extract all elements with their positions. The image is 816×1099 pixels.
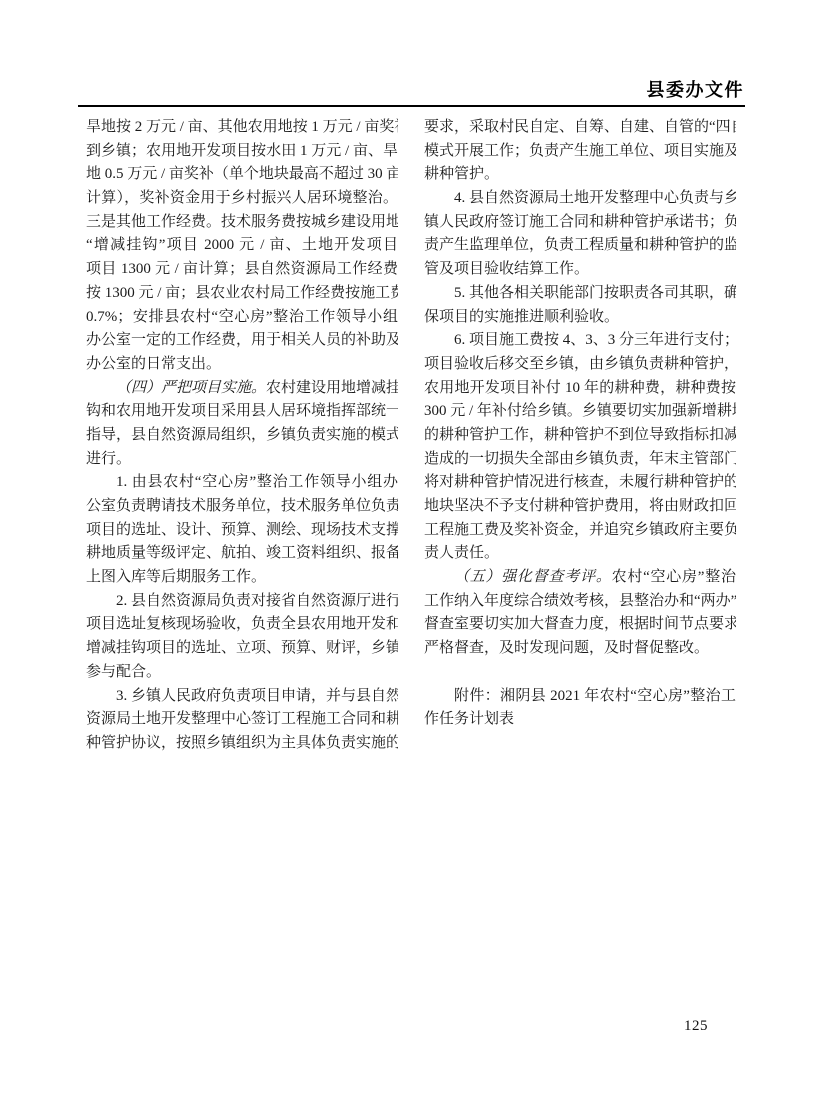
text-line: 办公室一定的工作经费，用于相关人员的补助及 (86, 329, 398, 353)
text-line: 责人责任。 (424, 542, 736, 566)
body-text: 6. 项目施工费按 4、3、3 分三年进行支付； (454, 332, 736, 348)
paragraph: 5. 其他各相关职能部门按职责各司其职，确保项目的实施推进顺利验收。 (424, 282, 736, 329)
text-line: （四）严把项目实施。农村建设用地增减挂 (86, 377, 398, 401)
text-line: （五）强化督查考评。农村“空心房”整治 (424, 566, 736, 590)
paragraph: （四）严把项目实施。农村建设用地增减挂钩和农用地开发项目采用县人居环境指挥部统一… (86, 377, 398, 472)
text-line: “增减挂钩”项目 2000 元 / 亩、土地开发项目 (86, 234, 398, 258)
body-text: 要求，采取村民自定、自筹、自建、自管的“四自” (424, 119, 736, 135)
paragraph: 4. 县自然资源局土地开发整理中心负责与乡镇人民政府签订施工合同和耕种管护承诺书… (424, 187, 736, 282)
text-line: 参与配合。 (86, 661, 398, 685)
text-line: 农用地开发项目补付 10 年的耕种费，耕种费按 (424, 377, 736, 401)
body-text: 地 0.5 万元 / 亩奖补（单个地块最高不超过 30 亩 (86, 166, 398, 182)
text-line: 的耕种管护工作，耕种管护不到位导致指标扣减 (424, 424, 736, 448)
text-line: 工程施工费及奖补资金，并追究乡镇政府主要负 (424, 519, 736, 543)
text-line: 地块坚决不予支付耕种管护费用，将由财政扣回 (424, 495, 736, 519)
text-line: 督查室要切实加大督查力度，根据时间节点要求 (424, 613, 736, 637)
body-text: 办公室的日常支出。 (86, 356, 221, 372)
text-line: 项目选址复核现场验收，负责全县农用地开发和 (86, 613, 398, 637)
text-line: 1. 由县农村“空心房”整治工作领导小组办 (86, 471, 398, 495)
paragraph: 2. 县自然资源局负责对接省自然资源厅进行项目选址复核现场验收，负责全县农用地开… (86, 590, 398, 685)
body-text: 0.7%；安排县农村“空心房”整治工作领导小组 (86, 309, 398, 325)
body-text: 模式开展工作；负责产生施工单位、项目实施及 (424, 143, 736, 159)
body-text: 镇人民政府签订施工合同和耕种管护承诺书；负 (424, 214, 736, 230)
text-line: 5. 其他各相关职能部门按职责各司其职，确 (424, 282, 736, 306)
body-text: 工程施工费及奖补资金，并追究乡镇政府主要负 (424, 522, 736, 538)
body-text: 2. 县自然资源局负责对接省自然资源厅进行 (116, 593, 398, 609)
body-text: 作任务计划表 (424, 711, 514, 727)
text-line: 耕地质量等级评定、航拍、竣工资料组织、报备 (86, 542, 398, 566)
text-line: 项目 1300 元 / 亩计算；县自然资源局工作经费 (86, 258, 398, 282)
body-text: 钩和农用地开发项目采用县人居环境指挥部统一 (86, 403, 398, 419)
paragraph: 要求，采取村民自定、自筹、自建、自管的“四自”模式开展工作；负责产生施工单位、项… (424, 116, 736, 187)
text-line: 三是其他工作经费。技术服务费按城乡建设用地 (86, 211, 398, 235)
body-text: 增减挂钩项目的选址、立项、预算、财评，乡镇 (86, 640, 398, 656)
body-text: 按 1300 元 / 亩；县农业农村局工作经费按施工费 (86, 285, 398, 301)
body-text: 工作纳入年度综合绩效考核，县整治办和“两办” (424, 593, 736, 609)
body-text: “增减挂钩”项目 2000 元 / 亩、土地开发项目 (86, 237, 398, 253)
body-text: 4. 县自然资源局土地开发整理中心负责与乡 (454, 190, 736, 206)
text-line: 公室负责聘请技术服务单位，技术服务单位负责 (86, 495, 398, 519)
body-text: 1. 由县农村“空心房”整治工作领导小组办 (116, 474, 398, 490)
body-text: 严格督查，及时发现问题，及时督促整改。 (424, 640, 709, 656)
emphasis-kai-text: （四）严把项目实施。 (116, 380, 266, 396)
text-line: 将对耕种管护情况进行核查，未履行耕种管护的 (424, 471, 736, 495)
body-text: 项目验收后移交至乡镇，由乡镇负责耕种管护， (424, 356, 736, 372)
text-line: 地 0.5 万元 / 亩奖补（单个地块最高不超过 30 亩 (86, 163, 398, 187)
body-text: 耕地质量等级评定、航拍、竣工资料组织、报备 (86, 545, 398, 561)
paragraph: 附件：湘阴县 2021 年农村“空心房”整治工作任务计划表 (424, 685, 736, 732)
text-line: 办公室的日常支出。 (86, 353, 398, 377)
text-line: 上图入库等后期服务工作。 (86, 566, 398, 590)
body-text: 项目 1300 元 / 亩计算；县自然资源局工作经费 (86, 261, 398, 277)
body-text: 项目选址复核现场验收，负责全县农用地开发和 (86, 616, 398, 632)
body-text: 公室负责聘请技术服务单位，技术服务单位负责 (86, 498, 398, 514)
text-line: 0.7%；安排县农村“空心房”整治工作领导小组 (86, 306, 398, 330)
body-text: 农村建设用地增减挂 (266, 380, 398, 396)
text-line: 计算），奖补资金用于乡村振兴人居环境整治。 (86, 187, 398, 211)
body-text: 上图入库等后期服务工作。 (86, 569, 266, 585)
body-text: 资源局土地开发整理中心签订工程施工合同和耕 (86, 711, 398, 727)
text-line: 工作纳入年度综合绩效考核，县整治办和“两办” (424, 590, 736, 614)
text-line: 种管护协议，按照乡镇组织为主具体负责实施的 (86, 732, 398, 756)
text-line: 要求，采取村民自定、自筹、自建、自管的“四自” (424, 116, 736, 140)
text-line: 责产生监理单位，负责工程质量和耕种管护的监 (424, 234, 736, 258)
text-line: 300 元 / 年补付给乡镇。乡镇要切实加强新增耕地 (424, 400, 736, 424)
body-text: 项目的选址、设计、预算、测绘、现场技术支撑、 (86, 522, 398, 538)
body-text: 到乡镇；农用地开发项目按水田 1 万元 / 亩、旱 (86, 143, 398, 159)
text-line: 作任务计划表 (424, 708, 736, 732)
paragraph: 旱地按 2 万元 / 亩、其他农用地按 1 万元 / 亩奖补到乡镇；农用地开发项… (86, 116, 398, 377)
body-text: 300 元 / 年补付给乡镇。乡镇要切实加强新增耕地 (424, 403, 736, 419)
body-text: 三是其他工作经费。技术服务费按城乡建设用地 (86, 214, 398, 230)
paragraph: 3. 乡镇人民政府负责项目申请，并与县自然资源局土地开发整理中心签订工程施工合同… (86, 685, 398, 756)
text-line: 钩和农用地开发项目采用县人居环境指挥部统一 (86, 400, 398, 424)
text-line: 按 1300 元 / 亩；县农业农村局工作经费按施工费 (86, 282, 398, 306)
text-line: 严格督查，及时发现问题，及时督促整改。 (424, 637, 736, 661)
body-text: 旱地按 2 万元 / 亩、其他农用地按 1 万元 / 亩奖补 (86, 119, 398, 135)
body-text: 指导，县自然资源局组织，乡镇负责实施的模式 (86, 427, 398, 443)
emphasis-kai-text: （五）强化督查考评。 (454, 569, 612, 585)
body-text: 耕种管护。 (424, 166, 499, 182)
body-text: 将对耕种管护情况进行核查，未履行耕种管护的 (424, 474, 736, 490)
body-text: 计算），奖补资金用于乡村振兴人居环境整治。 (86, 190, 398, 206)
text-line: 4. 县自然资源局土地开发整理中心负责与乡 (424, 187, 736, 211)
header-title: 县委办文件 (647, 76, 745, 102)
text-line: 保项目的实施推进顺利验收。 (424, 306, 736, 330)
body-text: 保项目的实施推进顺利验收。 (424, 309, 619, 325)
header-rule (78, 105, 745, 107)
body-text: 造成的一切损失全部由乡镇负责，年末主管部门 (424, 451, 736, 467)
text-column-right: 要求，采取村民自定、自筹、自建、自管的“四自”模式开展工作；负责产生施工单位、项… (424, 116, 736, 732)
document-page: 县委办文件 旱地按 2 万元 / 亩、其他农用地按 1 万元 / 亩奖补到乡镇；… (0, 0, 816, 1099)
text-line: 项目验收后移交至乡镇，由乡镇负责耕种管护， (424, 353, 736, 377)
body-text: 3. 乡镇人民政府负责项目申请，并与县自然 (116, 688, 398, 704)
body-text: 管及项目验收结算工作。 (424, 261, 589, 277)
text-line: 耕种管护。 (424, 163, 736, 187)
text-line: 资源局土地开发整理中心签订工程施工合同和耕 (86, 708, 398, 732)
body-text: 办公室一定的工作经费，用于相关人员的补助及 (86, 332, 398, 348)
text-line: 附件：湘阴县 2021 年农村“空心房”整治工 (424, 685, 736, 709)
text-line: 增减挂钩项目的选址、立项、预算、财评，乡镇 (86, 637, 398, 661)
text-line: 6. 项目施工费按 4、3、3 分三年进行支付； (424, 329, 736, 353)
body-text: 农用地开发项目补付 10 年的耕种费，耕种费按 (424, 380, 736, 396)
body-text: 责人责任。 (424, 545, 499, 561)
text-line: 到乡镇；农用地开发项目按水田 1 万元 / 亩、旱 (86, 140, 398, 164)
body-text: 督查室要切实加大督查力度，根据时间节点要求 (424, 616, 736, 632)
text-line: 模式开展工作；负责产生施工单位、项目实施及 (424, 140, 736, 164)
text-line: 进行。 (86, 448, 398, 472)
text-line: 2. 县自然资源局负责对接省自然资源厅进行 (86, 590, 398, 614)
body-text: 种管护协议，按照乡镇组织为主具体负责实施的 (86, 735, 398, 751)
body-text: 参与配合。 (86, 664, 161, 680)
paragraph: 1. 由县农村“空心房”整治工作领导小组办公室负责聘请技术服务单位，技术服务单位… (86, 471, 398, 589)
text-line: 旱地按 2 万元 / 亩、其他农用地按 1 万元 / 亩奖补 (86, 116, 398, 140)
body-text: 5. 其他各相关职能部门按职责各司其职，确 (454, 285, 736, 301)
text-line: 造成的一切损失全部由乡镇负责，年末主管部门 (424, 448, 736, 472)
body-text: 附件：湘阴县 2021 年农村“空心房”整治工 (454, 688, 736, 704)
body-text: 的耕种管护工作，耕种管护不到位导致指标扣减 (424, 427, 736, 443)
body-text: 责产生监理单位，负责工程质量和耕种管护的监 (424, 237, 736, 253)
body-text: 地块坚决不予支付耕种管护费用，将由财政扣回 (424, 498, 736, 514)
text-column-left: 旱地按 2 万元 / 亩、其他农用地按 1 万元 / 亩奖补到乡镇；农用地开发项… (86, 116, 398, 756)
paragraph: （五）强化督查考评。农村“空心房”整治工作纳入年度综合绩效考核，县整治办和“两办… (424, 566, 736, 661)
text-line: 指导，县自然资源局组织，乡镇负责实施的模式 (86, 424, 398, 448)
body-text: 进行。 (86, 451, 131, 467)
text-line: 项目的选址、设计、预算、测绘、现场技术支撑、 (86, 519, 398, 543)
text-line: 3. 乡镇人民政府负责项目申请，并与县自然 (86, 685, 398, 709)
page-number: 125 (684, 1018, 708, 1035)
text-line: 管及项目验收结算工作。 (424, 258, 736, 282)
text-line: 镇人民政府签订施工合同和耕种管护承诺书；负 (424, 211, 736, 235)
body-text: 农村“空心房”整治 (612, 569, 736, 585)
paragraph: 6. 项目施工费按 4、3、3 分三年进行支付；项目验收后移交至乡镇，由乡镇负责… (424, 329, 736, 566)
document-body: 旱地按 2 万元 / 亩、其他农用地按 1 万元 / 亩奖补到乡镇；农用地开发项… (86, 116, 736, 816)
